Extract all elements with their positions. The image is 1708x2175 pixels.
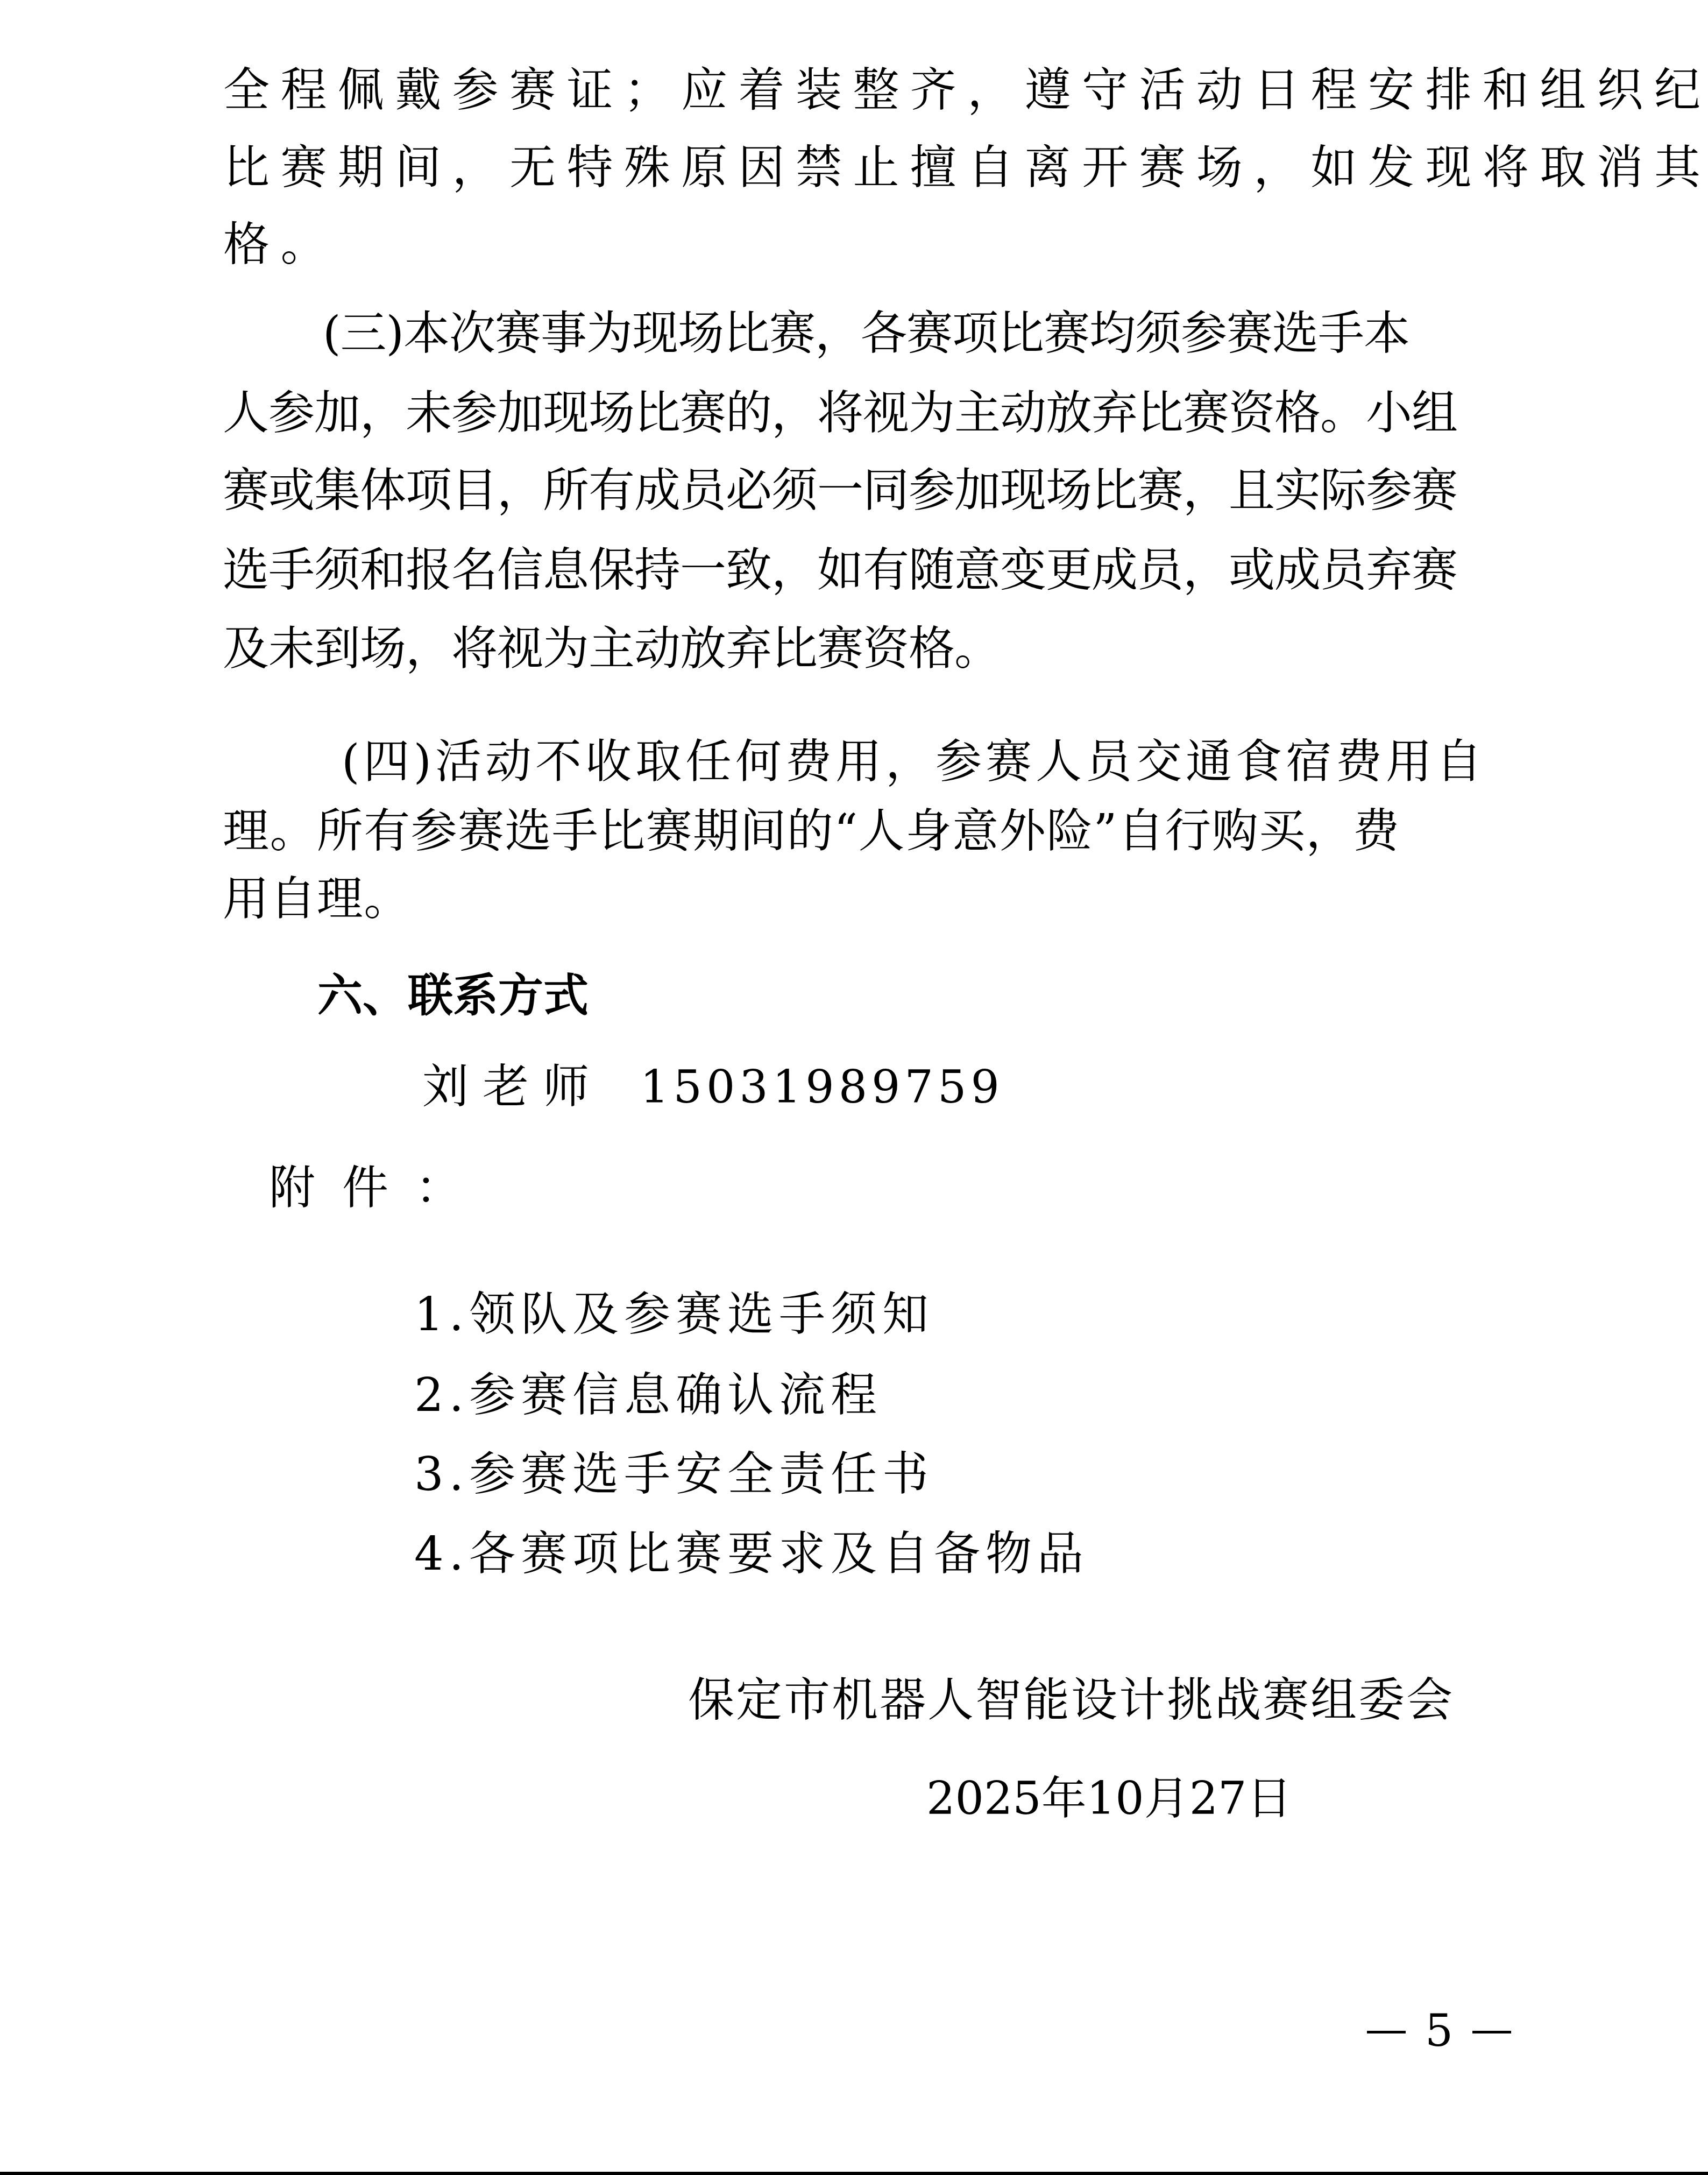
attachment-item: 3.参赛选手安全责任书 (414, 1447, 934, 1501)
paragraph-line: 理。所有参赛选手比赛期间的“人身意外险”自行购买，费 (223, 804, 1400, 858)
paragraph-line: 人参加，未参加现场比赛的，将视为主动放弃比赛资格。小组 (223, 386, 1457, 440)
paragraph-line: 比赛期间，无特殊原因禁止擅自离开赛场，如发现将取消其比赛资 (223, 141, 1708, 195)
paragraph-line: 用自理。 (223, 872, 411, 926)
paragraph-line: 格。 (223, 218, 338, 272)
paragraph-line: 及未到场，将视为主动放弃比赛资格。 (223, 622, 1000, 676)
contact-heading: 六、联系方式 (317, 969, 589, 1022)
paragraph-line: 全程佩戴参赛证；应着装整齐，遵守活动日程安排和组织纪律； (223, 63, 1708, 117)
paragraph-line: (三)本次赛事为现场比赛，各赛项比赛均须参赛选手本 (323, 307, 1409, 361)
page-number: 5 (1425, 2005, 1453, 2057)
paragraph-line: (四)活动不收取任何费用，参赛人员交通食宿费用自 (342, 735, 1486, 789)
dash-right-icon (1472, 2031, 1511, 2033)
page-number-footer: 5 (1348, 2004, 1530, 2058)
dash-left-icon (1367, 2031, 1406, 2033)
attachment-item: 1.领队及参赛选手须知 (414, 1288, 934, 1341)
paragraph-line: 选手须和报名信息保持一致，如有随意变更成员，或成员弃赛 (223, 543, 1457, 597)
attachment-item: 2.参赛信息确认流程 (414, 1368, 882, 1422)
contact-phone: 15031989759 (640, 1060, 1004, 1114)
document-page: 全程佩戴参赛证；应着装整齐，遵守活动日程安排和组织纪律； 比赛期间，无特殊原因禁… (0, 0, 1708, 2175)
attachments-label: 附件： (269, 1161, 488, 1215)
attachment-item: 4.各赛项比赛要求及自备物品 (414, 1527, 1089, 1581)
signature-date: 2025年10月27日 (926, 1771, 1292, 1825)
contact-name: 刘老师 (422, 1060, 603, 1114)
paragraph-line: 赛或集体项目，所有成员必须一同参加现场比赛，且实际参赛 (223, 464, 1457, 518)
signature-organization: 保定市机器人智能设计挑战赛组委会 (688, 1673, 1454, 1727)
